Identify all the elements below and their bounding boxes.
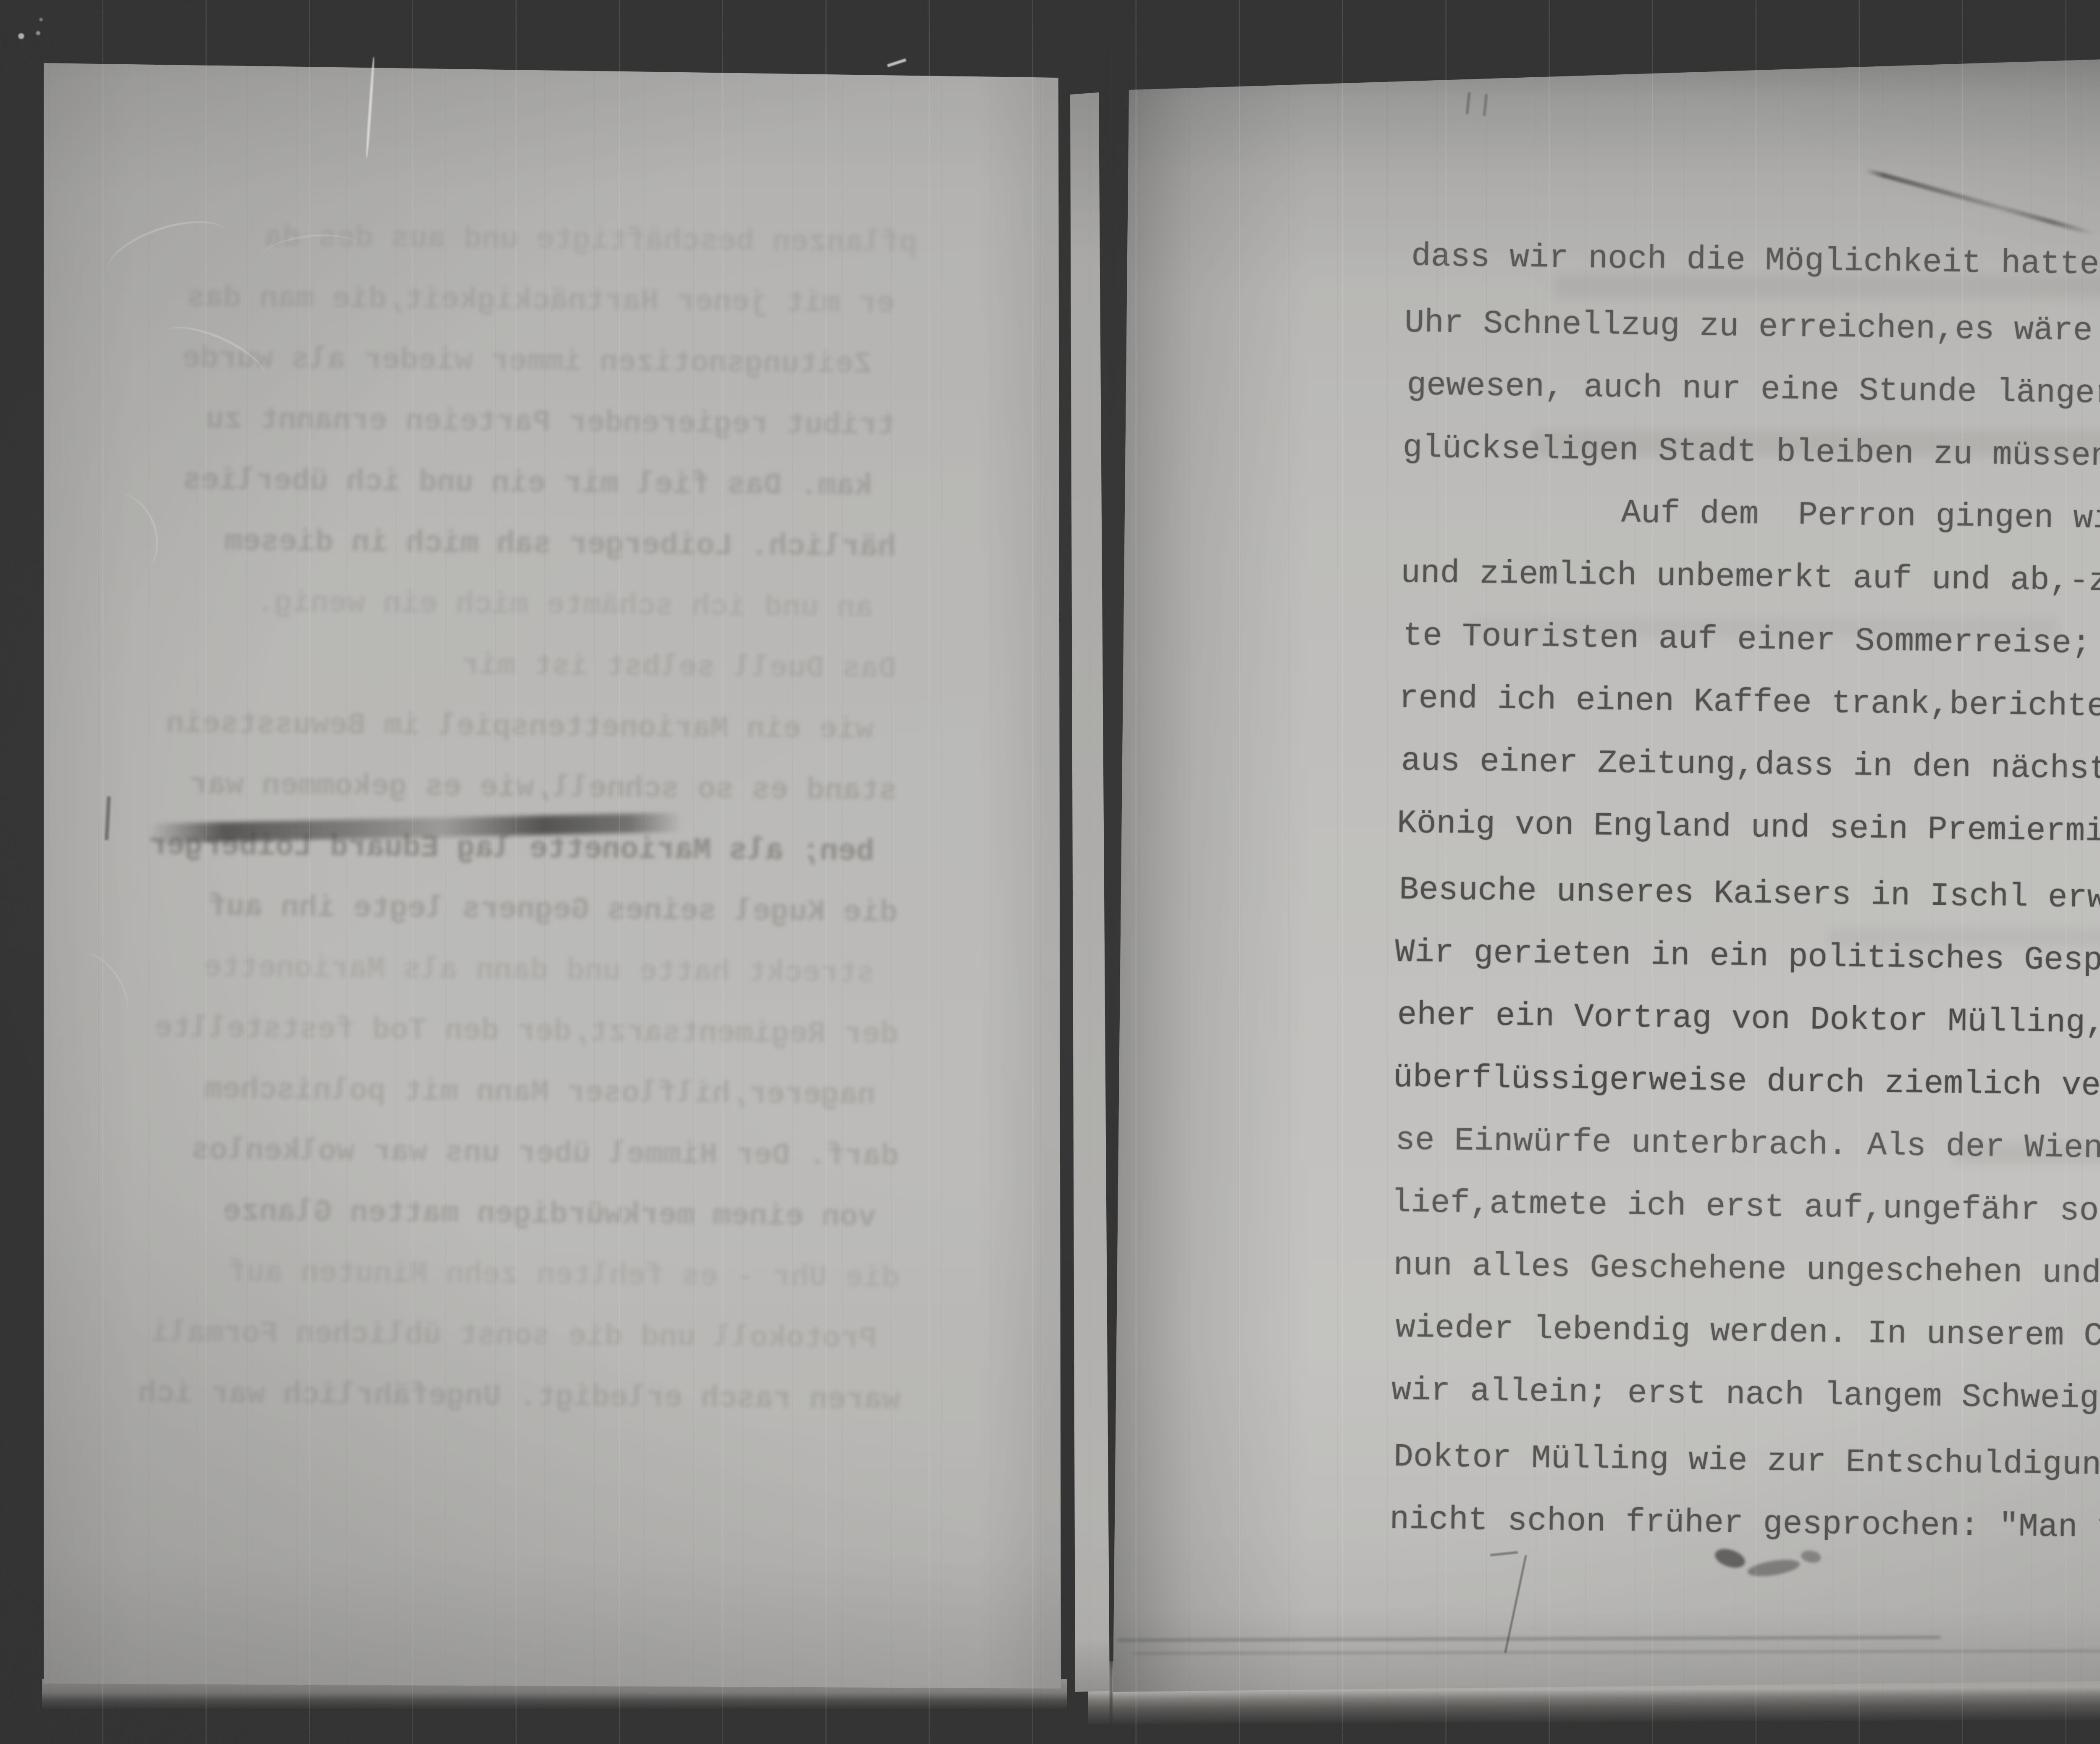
paper-crease-streak [1117,1636,1940,1642]
ghost-line: streckt hatte und dann als Marionette [52,936,875,1004]
ink-blob [1746,1557,1801,1579]
paper-crease-streak [1134,1649,2100,1655]
ghost-line: nagerer,hilfloser Mann mit polnischem [52,1058,876,1126]
ghost-line: an und ich schämte mich ein wenig. [50,571,873,639]
typed-line: nun alles Geschehene ungeschehen und Loi… [1393,1234,2100,1309]
ghost-line: von einem merkwürdigen matten Glanze [53,1180,877,1248]
gutter-crease-line [1110,0,1113,1744]
typed-line: nicht schon früher gesprochen: "Man fass… [1389,1488,2100,1563]
typed-line: überflüssigerweise durch ziemlich verstä… [1393,1046,2100,1121]
ink-tick-mark [105,796,110,840]
typed-line: Besuche unseres Kaisers in Ischl erwarte… [1399,859,2100,933]
ghost-line: kam. Das fiel mir ein und ich überlies [49,449,873,517]
bleed-through-band [1953,1143,2100,1164]
ghost-text-block: pflanzen beschäftigte und aus des daer m… [60,205,895,1552]
typed-line: te Touristen auf einer Sommerreise; dann… [1403,604,2100,679]
typed-line: wir allein; erst nach langem Schweigen b… [1391,1359,2100,1434]
ghost-line: wie ein Marionettenspiel im Bewusstsein [50,693,874,761]
typed-line: Uhr Schnellzug zu erreichen,es wäre uner… [1404,292,2100,366]
typed-text-block: dass wir noch die Möglichkeit hatten den… [1390,227,2100,1561]
film-scan-screenshot: { "document": { "page_number": "13", "ri… [0,0,2100,1744]
ghost-line: pflanzen beschäftigte und aus des da [94,206,918,274]
ghost-line: stand es so schnell,wie es gekommen war [73,754,897,822]
typed-line: und ziemlich unbemerkt auf und ab,-zwei … [1400,542,2100,617]
ghost-line: die Uhr - es fehlten zehn Minuten auf [76,1241,900,1309]
ghost-line: Protokoll und die sonst üblichen Formali [53,1302,877,1370]
ink-smudge-streak [149,813,683,843]
small-ink-marks [1465,92,1488,116]
bleed-through-band [1827,928,2100,947]
typed-line: wieder lebendig werden. In unserem Coupé… [1395,1297,2100,1371]
diagonal-smudge-mark [1865,168,2095,236]
bleed-through-band [1533,431,2100,456]
paper-fiber-scratch [259,230,362,276]
ghost-line: tribut regierender Parteien ernannt zu [72,388,895,456]
typed-line: lief,atmete ich erst auf,ungefähr so,als… [1391,1171,2100,1246]
paper-fiber-scratch [100,209,236,297]
typed-line: aus einer Zeitung,dass in den nächsten T… [1401,730,2100,804]
paper-fiber-scratch [83,484,169,584]
typed-line: eher ein Vortrag von Doktor Mülling,den … [1397,984,2100,1058]
bleed-through-band [1554,275,2100,298]
ghost-line: waren rasch erledigt. Ungefährlich war i… [77,1363,900,1431]
typed-line: gewesen, auch nur eine Stunde länger in … [1407,354,2100,429]
typed-line: Doktor Mülling wie zur Entschuldigung,da… [1393,1426,2100,1500]
ghost-line: darf. Der Himmel über uns war wolkenlos [76,1119,899,1187]
ghost-line: der Regimentsarzt,der den Tod feststellt… [75,998,898,1066]
typed-line: rend ich einen Kaffee trank,berichtete M… [1399,667,2100,742]
ghost-line: Das Duell selbst ist mir [73,632,897,700]
ghost-line: Zeitungsnotizen immer wieder als wurde [48,327,872,395]
ghost-line: die Kugel seines Gegners legte ihn auf [74,876,898,944]
typed-line: König von England und sein Premierminist… [1396,792,2100,867]
typed-line: Auf dem Perron gingen wir schweigend [1404,479,2100,554]
paper-fiber-scratch [63,943,139,1028]
ghost-line: er mit jener Hartnäckigkeit,die man das [71,266,895,334]
ghost-line: härlich. Loiberger sah mich in diesem [72,510,896,578]
bleed-through-band [1470,617,2058,636]
paper-fiber-scratch [156,315,272,396]
ghost-line [77,1485,901,1553]
ghost-line [54,1424,877,1492]
ghost-line: ben; als Marionette lag Eduard Loiberger [51,814,874,883]
